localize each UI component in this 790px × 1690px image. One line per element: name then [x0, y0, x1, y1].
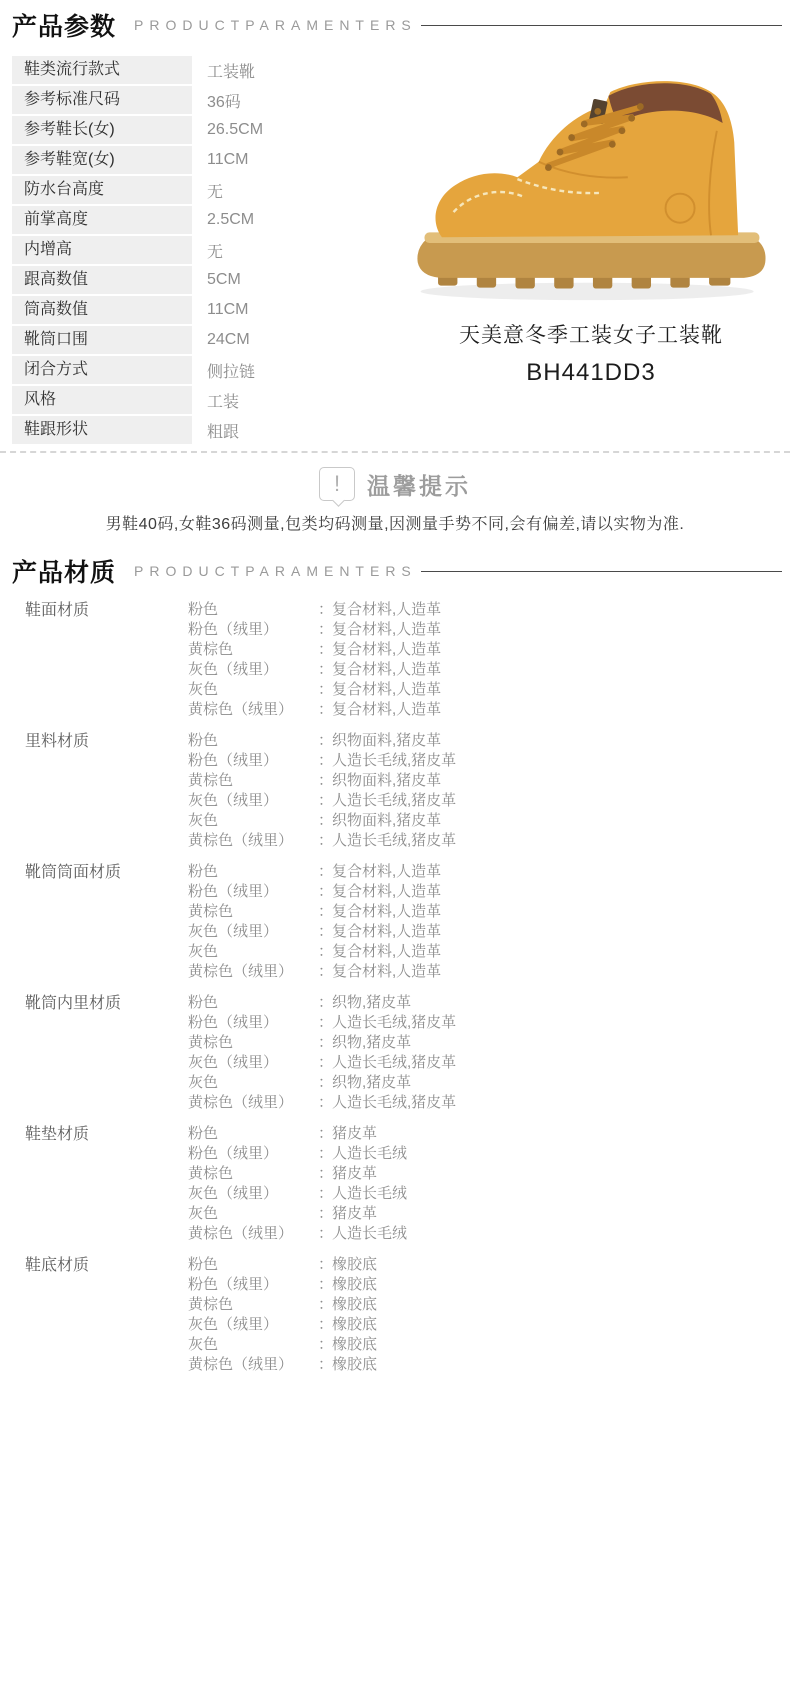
material-color: 灰色	[188, 811, 318, 831]
material-value: 复合材料,人造革	[332, 942, 790, 962]
material-color: 粉色（绒里）	[188, 882, 318, 902]
material-value: 人造长毛绒,猪皮革	[332, 1013, 790, 1033]
material-color: 粉色（绒里）	[188, 1013, 318, 1033]
material-row: 灰色：织物面料,猪皮革	[188, 811, 790, 831]
param-row: 参考标准尺码36码	[12, 85, 392, 115]
material-row: 粉色（绒里）：人造长毛绒,猪皮革	[188, 751, 790, 771]
param-value: 36码	[192, 89, 241, 112]
material-group-label: 里料材质	[0, 731, 188, 851]
param-label: 参考鞋长(女)	[12, 116, 192, 144]
material-group: 靴筒内里材质粉色：织物,猪皮革粉色（绒里）：人造长毛绒,猪皮革黄棕色：织物,猪皮…	[0, 993, 790, 1113]
material-separator: ：	[318, 620, 332, 640]
material-separator: ：	[318, 1184, 332, 1204]
material-color: 灰色	[188, 1073, 318, 1093]
material-group: 鞋底材质粉色：橡胶底粉色（绒里）：橡胶底黄棕色：橡胶底灰色（绒里）：橡胶底灰色：…	[0, 1255, 790, 1375]
material-row: 黄棕色：复合材料,人造革	[188, 640, 790, 660]
material-row: 黄棕色（绒里）：人造长毛绒,猪皮革	[188, 1093, 790, 1113]
material-row: 粉色：橡胶底	[188, 1255, 790, 1275]
material-separator: ：	[318, 1073, 332, 1093]
material-separator: ：	[318, 600, 332, 620]
material-value: 复合材料,人造革	[332, 862, 790, 882]
material-row: 粉色（绒里）：复合材料,人造革	[188, 620, 790, 640]
material-value: 猪皮革	[332, 1124, 790, 1144]
material-rows: 粉色：复合材料,人造革粉色（绒里）：复合材料,人造革黄棕色：复合材料,人造革灰色…	[188, 600, 790, 720]
material-value: 猪皮革	[332, 1164, 790, 1184]
material-row: 黄棕色：织物,猪皮革	[188, 1033, 790, 1053]
material-color: 黄棕色（绒里）	[188, 1224, 318, 1244]
material-color: 粉色	[188, 993, 318, 1013]
material-separator: ：	[318, 831, 332, 851]
material-row: 黄棕色（绒里）：人造长毛绒	[188, 1224, 790, 1244]
material-color: 灰色（绒里）	[188, 1053, 318, 1073]
material-value: 复合材料,人造革	[332, 660, 790, 680]
material-value: 猪皮革	[332, 1204, 790, 1224]
material-row: 粉色：猪皮革	[188, 1124, 790, 1144]
material-separator: ：	[318, 1124, 332, 1144]
params-section-subtitle: PRODUCTPARAMENTERS	[134, 17, 417, 33]
material-color: 粉色（绒里）	[188, 620, 318, 640]
param-row: 跟高数值5CM	[12, 265, 392, 295]
material-group-label: 鞋垫材质	[0, 1124, 188, 1244]
product-name: 天美意冬季工装女子工装靴	[459, 319, 723, 349]
material-row: 粉色（绒里）：人造长毛绒	[188, 1144, 790, 1164]
material-value: 织物面料,猪皮革	[332, 811, 790, 831]
param-value: 侧拉链	[192, 359, 255, 382]
material-value: 复合材料,人造革	[332, 600, 790, 620]
param-label: 内增高	[12, 236, 192, 264]
material-color: 粉色（绒里）	[188, 1275, 318, 1295]
param-label: 前掌高度	[12, 206, 192, 234]
material-row: 灰色：织物,猪皮革	[188, 1073, 790, 1093]
material-value: 复合材料,人造革	[332, 902, 790, 922]
material-color: 黄棕色	[188, 771, 318, 791]
material-group-label: 靴筒内里材质	[0, 993, 188, 1113]
material-group: 靴筒筒面材质粉色：复合材料,人造革粉色（绒里）：复合材料,人造革黄棕色：复合材料…	[0, 862, 790, 982]
param-value: 工装	[192, 389, 239, 412]
header-rule	[421, 25, 782, 26]
material-value: 织物面料,猪皮革	[332, 771, 790, 791]
material-value: 织物,猪皮革	[332, 1033, 790, 1053]
material-color: 粉色	[188, 731, 318, 751]
param-value: 24CM	[192, 331, 250, 349]
material-row: 灰色：橡胶底	[188, 1335, 790, 1355]
param-value: 无	[192, 179, 223, 202]
param-label: 跟高数值	[12, 266, 192, 294]
material-separator: ：	[318, 942, 332, 962]
material-row: 灰色（绒里）：人造长毛绒	[188, 1184, 790, 1204]
header-rule	[421, 571, 782, 572]
material-color: 黄棕色（绒里）	[188, 1093, 318, 1113]
material-separator: ：	[318, 882, 332, 902]
material-value: 人造长毛绒,猪皮革	[332, 751, 790, 771]
material-color: 灰色（绒里）	[188, 922, 318, 942]
product-display: 天美意冬季工装女子工装靴 BH441DD3	[392, 55, 790, 445]
material-row: 粉色（绒里）：橡胶底	[188, 1275, 790, 1295]
material-separator: ：	[318, 902, 332, 922]
material-row: 灰色（绒里）：复合材料,人造革	[188, 660, 790, 680]
product-image-boot-icon	[396, 63, 786, 305]
material-row: 黄棕色：橡胶底	[188, 1295, 790, 1315]
material-color: 灰色（绒里）	[188, 791, 318, 811]
material-color: 粉色（绒里）	[188, 751, 318, 771]
material-value: 橡胶底	[332, 1275, 790, 1295]
material-color: 粉色	[188, 862, 318, 882]
material-rows: 粉色：猪皮革粉色（绒里）：人造长毛绒黄棕色：猪皮革灰色（绒里）：人造长毛绒灰色：…	[188, 1124, 790, 1244]
material-value: 人造长毛绒	[332, 1224, 790, 1244]
material-row: 黄棕色（绒里）：复合材料,人造革	[188, 962, 790, 982]
material-color: 黄棕色（绒里）	[188, 1355, 318, 1375]
param-row: 内增高无	[12, 235, 392, 265]
material-separator: ：	[318, 1204, 332, 1224]
material-value: 人造长毛绒,猪皮革	[332, 1093, 790, 1113]
material-row: 灰色：复合材料,人造革	[188, 942, 790, 962]
material-row: 灰色（绒里）：人造长毛绒,猪皮革	[188, 1053, 790, 1073]
material-row: 灰色（绒里）：人造长毛绒,猪皮革	[188, 791, 790, 811]
material-color: 黄棕色（绒里）	[188, 700, 318, 720]
param-row: 风格工装	[12, 385, 392, 415]
material-row: 灰色（绒里）：橡胶底	[188, 1315, 790, 1335]
param-value: 26.5CM	[192, 121, 263, 139]
param-row: 参考鞋长(女)26.5CM	[12, 115, 392, 145]
material-group-label: 靴筒筒面材质	[0, 862, 188, 982]
material-group: 鞋面材质粉色：复合材料,人造革粉色（绒里）：复合材料,人造革黄棕色：复合材料,人…	[0, 600, 790, 720]
material-value: 织物面料,猪皮革	[332, 731, 790, 751]
materials-section-header: 产品材质 PRODUCTPARAMENTERS	[0, 546, 790, 586]
material-row: 粉色：复合材料,人造革	[188, 600, 790, 620]
material-separator: ：	[318, 660, 332, 680]
param-value: 无	[192, 239, 223, 262]
materials-section-subtitle: PRODUCTPARAMENTERS	[134, 563, 417, 579]
param-row: 防水台高度无	[12, 175, 392, 205]
param-row: 鞋类流行款式工装靴	[12, 55, 392, 85]
param-label: 风格	[12, 386, 192, 414]
material-color: 粉色	[188, 1255, 318, 1275]
param-value: 2.5CM	[192, 211, 254, 229]
material-row: 黄棕色（绒里）：人造长毛绒,猪皮革	[188, 831, 790, 851]
param-row: 闭合方式侧拉链	[12, 355, 392, 385]
param-row: 筒高数值11CM	[12, 295, 392, 325]
material-color: 灰色	[188, 1204, 318, 1224]
notice: ! 温馨提示 男鞋40码,女鞋36码测量,包类均码测量,因测量手势不同,会有偏差…	[0, 467, 790, 534]
material-separator: ：	[318, 962, 332, 982]
param-value: 11CM	[192, 151, 249, 169]
top-area: 鞋类流行款式工装靴参考标准尺码36码参考鞋长(女)26.5CM参考鞋宽(女)11…	[0, 55, 790, 445]
param-label: 防水台高度	[12, 176, 192, 204]
material-value: 复合材料,人造革	[332, 680, 790, 700]
material-value: 复合材料,人造革	[332, 700, 790, 720]
material-separator: ：	[318, 680, 332, 700]
material-row: 黄棕色：复合材料,人造革	[188, 902, 790, 922]
material-color: 灰色	[188, 680, 318, 700]
material-separator: ：	[318, 922, 332, 942]
dashed-divider	[0, 451, 790, 453]
material-row: 灰色：复合材料,人造革	[188, 680, 790, 700]
param-value: 11CM	[192, 301, 249, 319]
param-label: 靴筒口围	[12, 326, 192, 354]
material-color: 灰色（绒里）	[188, 1184, 318, 1204]
material-separator: ：	[318, 751, 332, 771]
material-color: 黄棕色	[188, 1164, 318, 1184]
param-row: 靴筒口围24CM	[12, 325, 392, 355]
params-section-title: 产品参数	[12, 7, 116, 43]
material-value: 橡胶底	[332, 1255, 790, 1275]
product-code: BH441DD3	[526, 359, 655, 387]
material-rows: 粉色：复合材料,人造革粉色（绒里）：复合材料,人造革黄棕色：复合材料,人造革灰色…	[188, 862, 790, 982]
material-rows: 粉色：织物,猪皮革粉色（绒里）：人造长毛绒,猪皮革黄棕色：织物,猪皮革灰色（绒里…	[188, 993, 790, 1113]
material-value: 人造长毛绒	[332, 1184, 790, 1204]
material-color: 粉色（绒里）	[188, 1144, 318, 1164]
material-group-label: 鞋底材质	[0, 1255, 188, 1375]
material-value: 织物,猪皮革	[332, 1073, 790, 1093]
material-separator: ：	[318, 1275, 332, 1295]
material-color: 灰色（绒里）	[188, 1315, 318, 1335]
material-separator: ：	[318, 1164, 332, 1184]
param-label: 鞋类流行款式	[12, 56, 192, 84]
material-separator: ：	[318, 1053, 332, 1073]
material-color: 黄棕色	[188, 640, 318, 660]
material-group: 里料材质粉色：织物面料,猪皮革粉色（绒里）：人造长毛绒,猪皮革黄棕色：织物面料,…	[0, 731, 790, 851]
notice-head: ! 温馨提示	[0, 467, 790, 501]
material-row: 灰色：猪皮革	[188, 1204, 790, 1224]
materials-list: 鞋面材质粉色：复合材料,人造革粉色（绒里）：复合材料,人造革黄棕色：复合材料,人…	[0, 600, 790, 1375]
material-separator: ：	[318, 1224, 332, 1244]
param-label: 鞋跟形状	[12, 416, 192, 444]
material-color: 粉色	[188, 600, 318, 620]
param-row: 鞋跟形状粗跟	[12, 415, 392, 445]
notice-title: 温馨提示	[367, 468, 471, 501]
material-row: 粉色：织物,猪皮革	[188, 993, 790, 1013]
param-value: 工装靴	[192, 59, 255, 82]
params-section-header: 产品参数 PRODUCTPARAMENTERS	[0, 0, 790, 40]
param-label: 筒高数值	[12, 296, 192, 324]
material-separator: ：	[318, 862, 332, 882]
param-table: 鞋类流行款式工装靴参考标准尺码36码参考鞋长(女)26.5CM参考鞋宽(女)11…	[0, 55, 392, 445]
exclamation-bubble-icon: !	[319, 467, 355, 501]
material-separator: ：	[318, 1315, 332, 1335]
materials-section-title: 产品材质	[12, 553, 116, 589]
material-separator: ：	[318, 1033, 332, 1053]
material-value: 复合材料,人造革	[332, 922, 790, 942]
material-row: 粉色（绒里）：复合材料,人造革	[188, 882, 790, 902]
material-separator: ：	[318, 1255, 332, 1275]
material-separator: ：	[318, 1335, 332, 1355]
material-separator: ：	[318, 993, 332, 1013]
material-group: 鞋垫材质粉色：猪皮革粉色（绒里）：人造长毛绒黄棕色：猪皮革灰色（绒里）：人造长毛…	[0, 1124, 790, 1244]
material-rows: 粉色：织物面料,猪皮革粉色（绒里）：人造长毛绒,猪皮革黄棕色：织物面料,猪皮革灰…	[188, 731, 790, 851]
param-row: 前掌高度2.5CM	[12, 205, 392, 235]
material-separator: ：	[318, 1093, 332, 1113]
material-row: 粉色：复合材料,人造革	[188, 862, 790, 882]
material-separator: ：	[318, 640, 332, 660]
material-separator: ：	[318, 1013, 332, 1033]
notice-text: 男鞋40码,女鞋36码测量,包类均码测量,因测量手势不同,会有偏差,请以实物为准…	[0, 511, 790, 534]
material-color: 黄棕色	[188, 902, 318, 922]
material-color: 灰色	[188, 942, 318, 962]
param-value: 5CM	[192, 271, 241, 289]
param-value: 粗跟	[192, 419, 239, 442]
material-color: 灰色（绒里）	[188, 660, 318, 680]
material-value: 人造长毛绒,猪皮革	[332, 791, 790, 811]
param-label: 闭合方式	[12, 356, 192, 384]
material-separator: ：	[318, 731, 332, 751]
material-row: 粉色（绒里）：人造长毛绒,猪皮革	[188, 1013, 790, 1033]
material-rows: 粉色：橡胶底粉色（绒里）：橡胶底黄棕色：橡胶底灰色（绒里）：橡胶底灰色：橡胶底黄…	[188, 1255, 790, 1375]
material-value: 橡胶底	[332, 1335, 790, 1355]
param-row: 参考鞋宽(女)11CM	[12, 145, 392, 175]
material-value: 复合材料,人造革	[332, 882, 790, 902]
material-separator: ：	[318, 811, 332, 831]
material-row: 粉色：织物面料,猪皮革	[188, 731, 790, 751]
material-row: 黄棕色（绒里）：复合材料,人造革	[188, 700, 790, 720]
material-value: 人造长毛绒,猪皮革	[332, 831, 790, 851]
material-separator: ：	[318, 1295, 332, 1315]
material-color: 黄棕色（绒里）	[188, 962, 318, 982]
material-row: 黄棕色（绒里）：橡胶底	[188, 1355, 790, 1375]
material-separator: ：	[318, 1144, 332, 1164]
material-value: 复合材料,人造革	[332, 620, 790, 640]
material-separator: ：	[318, 700, 332, 720]
material-value: 复合材料,人造革	[332, 962, 790, 982]
param-label: 参考标准尺码	[12, 86, 192, 114]
material-row: 黄棕色：猪皮革	[188, 1164, 790, 1184]
param-label: 参考鞋宽(女)	[12, 146, 192, 174]
material-value: 人造长毛绒,猪皮革	[332, 1053, 790, 1073]
material-group-label: 鞋面材质	[0, 600, 188, 720]
material-value: 复合材料,人造革	[332, 640, 790, 660]
material-value: 橡胶底	[332, 1355, 790, 1375]
material-separator: ：	[318, 791, 332, 811]
material-value: 橡胶底	[332, 1295, 790, 1315]
material-color: 黄棕色	[188, 1295, 318, 1315]
material-value: 织物,猪皮革	[332, 993, 790, 1013]
material-value: 人造长毛绒	[332, 1144, 790, 1164]
material-separator: ：	[318, 771, 332, 791]
material-separator: ：	[318, 1355, 332, 1375]
material-color: 黄棕色	[188, 1033, 318, 1053]
material-value: 橡胶底	[332, 1315, 790, 1335]
product-detail-page: 产品参数 PRODUCTPARAMENTERS 鞋类流行款式工装靴参考标准尺码3…	[0, 0, 790, 1690]
material-color: 粉色	[188, 1124, 318, 1144]
material-row: 黄棕色：织物面料,猪皮革	[188, 771, 790, 791]
material-color: 灰色	[188, 1335, 318, 1355]
material-color: 黄棕色（绒里）	[188, 831, 318, 851]
material-row: 灰色（绒里）：复合材料,人造革	[188, 922, 790, 942]
